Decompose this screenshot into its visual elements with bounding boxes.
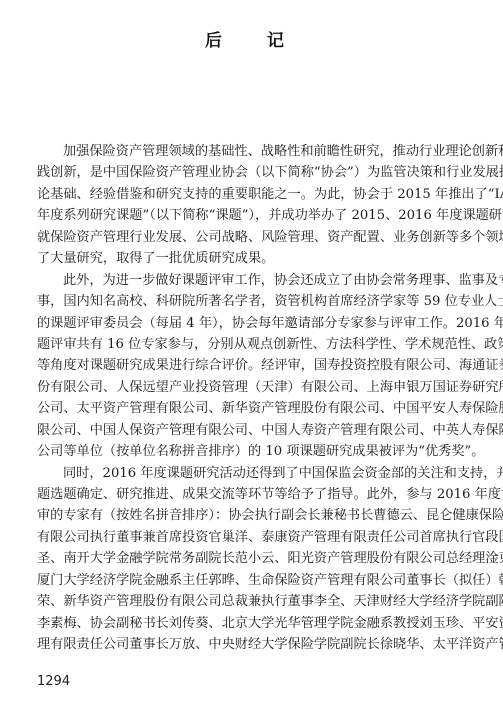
text-line: 的课题评审委员会（每届 4 年），协会每年邀请部分专家参与评审工作。2016 年…	[37, 313, 467, 334]
text-line: 公司、太平资产管理有限公司、新华资产管理股份有限公司、中国平安人寿保险股份有	[37, 398, 467, 419]
text-line: 加强保险资产管理领域的基础性、战略性和前瞻性研究，推动行业理论创新和实	[37, 141, 467, 162]
text-line: 此外，为进一步做好课题评审工作，协会还成立了由协会常务理事、监事及专家理	[37, 270, 467, 291]
page-number: 1294	[37, 674, 70, 689]
body-text: 加强保险资产管理领域的基础性、战略性和前瞻性研究，推动行业理论创新和实践创新，是…	[37, 141, 467, 656]
text-line: 论基础、经验借鉴和研究支持的重要职能之一。为此，协会于 2015 年推出了“IA…	[37, 184, 467, 205]
text-line: 理有限责任公司董事长万放、中央财经大学保险学院副院长徐晓华、太平洋资产管理	[37, 634, 467, 655]
text-line: 审的专家有（按姓名拼音排序）：协会执行副会长兼秘书长曹德云、昆仑健康保险股份	[37, 505, 467, 526]
text-line: 题评审共有 16 位专家参与，分别从观点创新性、方法科学性、学术规范性、政策适用…	[37, 334, 467, 355]
text-line: 年度系列研究课题”（以下简称“课题”），并成功举办了 2015、2016 年度课…	[37, 205, 467, 226]
text-line: 公司等单位（按单位名称拼音排序）的 10 项课题研究成果被评为“优秀奖”。	[37, 441, 467, 462]
text-line: 荣、新华资产管理股份有限公司总裁兼执行董事李全、天津财经大学经济学院副院长	[37, 591, 467, 612]
text-line: 份有限公司、人保远望产业投资管理（天津）有限公司、上海申银万国证券研究所有限	[37, 377, 467, 398]
text-line: 李素梅、协会副秘书长刘传葵、北京大学光华管理学院金融系教授刘玉珍、平安资产管	[37, 613, 467, 634]
text-line: 同时，2016 年度课题研究活动还得到了中国保监会资金部的关注和支持，并在课	[37, 463, 467, 484]
page-title: 后 记	[0, 26, 503, 51]
text-line: 限公司、中国人保资产管理有限公司、中国人寿资产管理有限公司、中英人寿保险有限	[37, 420, 467, 441]
text-line: 就保险资产管理行业发展、公司战略、风险管理、资产配置、业务创新等多个领域开展	[37, 227, 467, 248]
text-line: 题选题确定、研究推进、成果交流等环节等给予了指导。此外，参与 2016 年度课题…	[37, 484, 467, 505]
text-line: 厦门大学经济学院金融系主任郭晔、生命保险资产管理有限公司董事长（拟任）韩向	[37, 570, 467, 591]
text-line: 了大量研究，取得了一批优质研究成果。	[37, 248, 467, 269]
text-line: 事，国内知名高校、科研院所著名学者，资管机构首席经济学家等 59 位专业人士组成	[37, 291, 467, 312]
text-line: 有限公司执行董事兼首席投资官巢洋、泰康资产管理有限责任公司首席执行官段国	[37, 527, 467, 548]
text-line: 圣、南开大学金融学院常务副院长范小云、阳光资产管理股份有限公司总经理淦克兴、	[37, 548, 467, 569]
text-line: 践创新，是中国保险资产管理业协会（以下简称“协会”）为监管决策和行业发展提供理	[37, 162, 467, 183]
text-line: 等角度对课题研究成果进行综合评价。经评审，国寿投资控股有限公司、海通证券股	[37, 355, 467, 376]
